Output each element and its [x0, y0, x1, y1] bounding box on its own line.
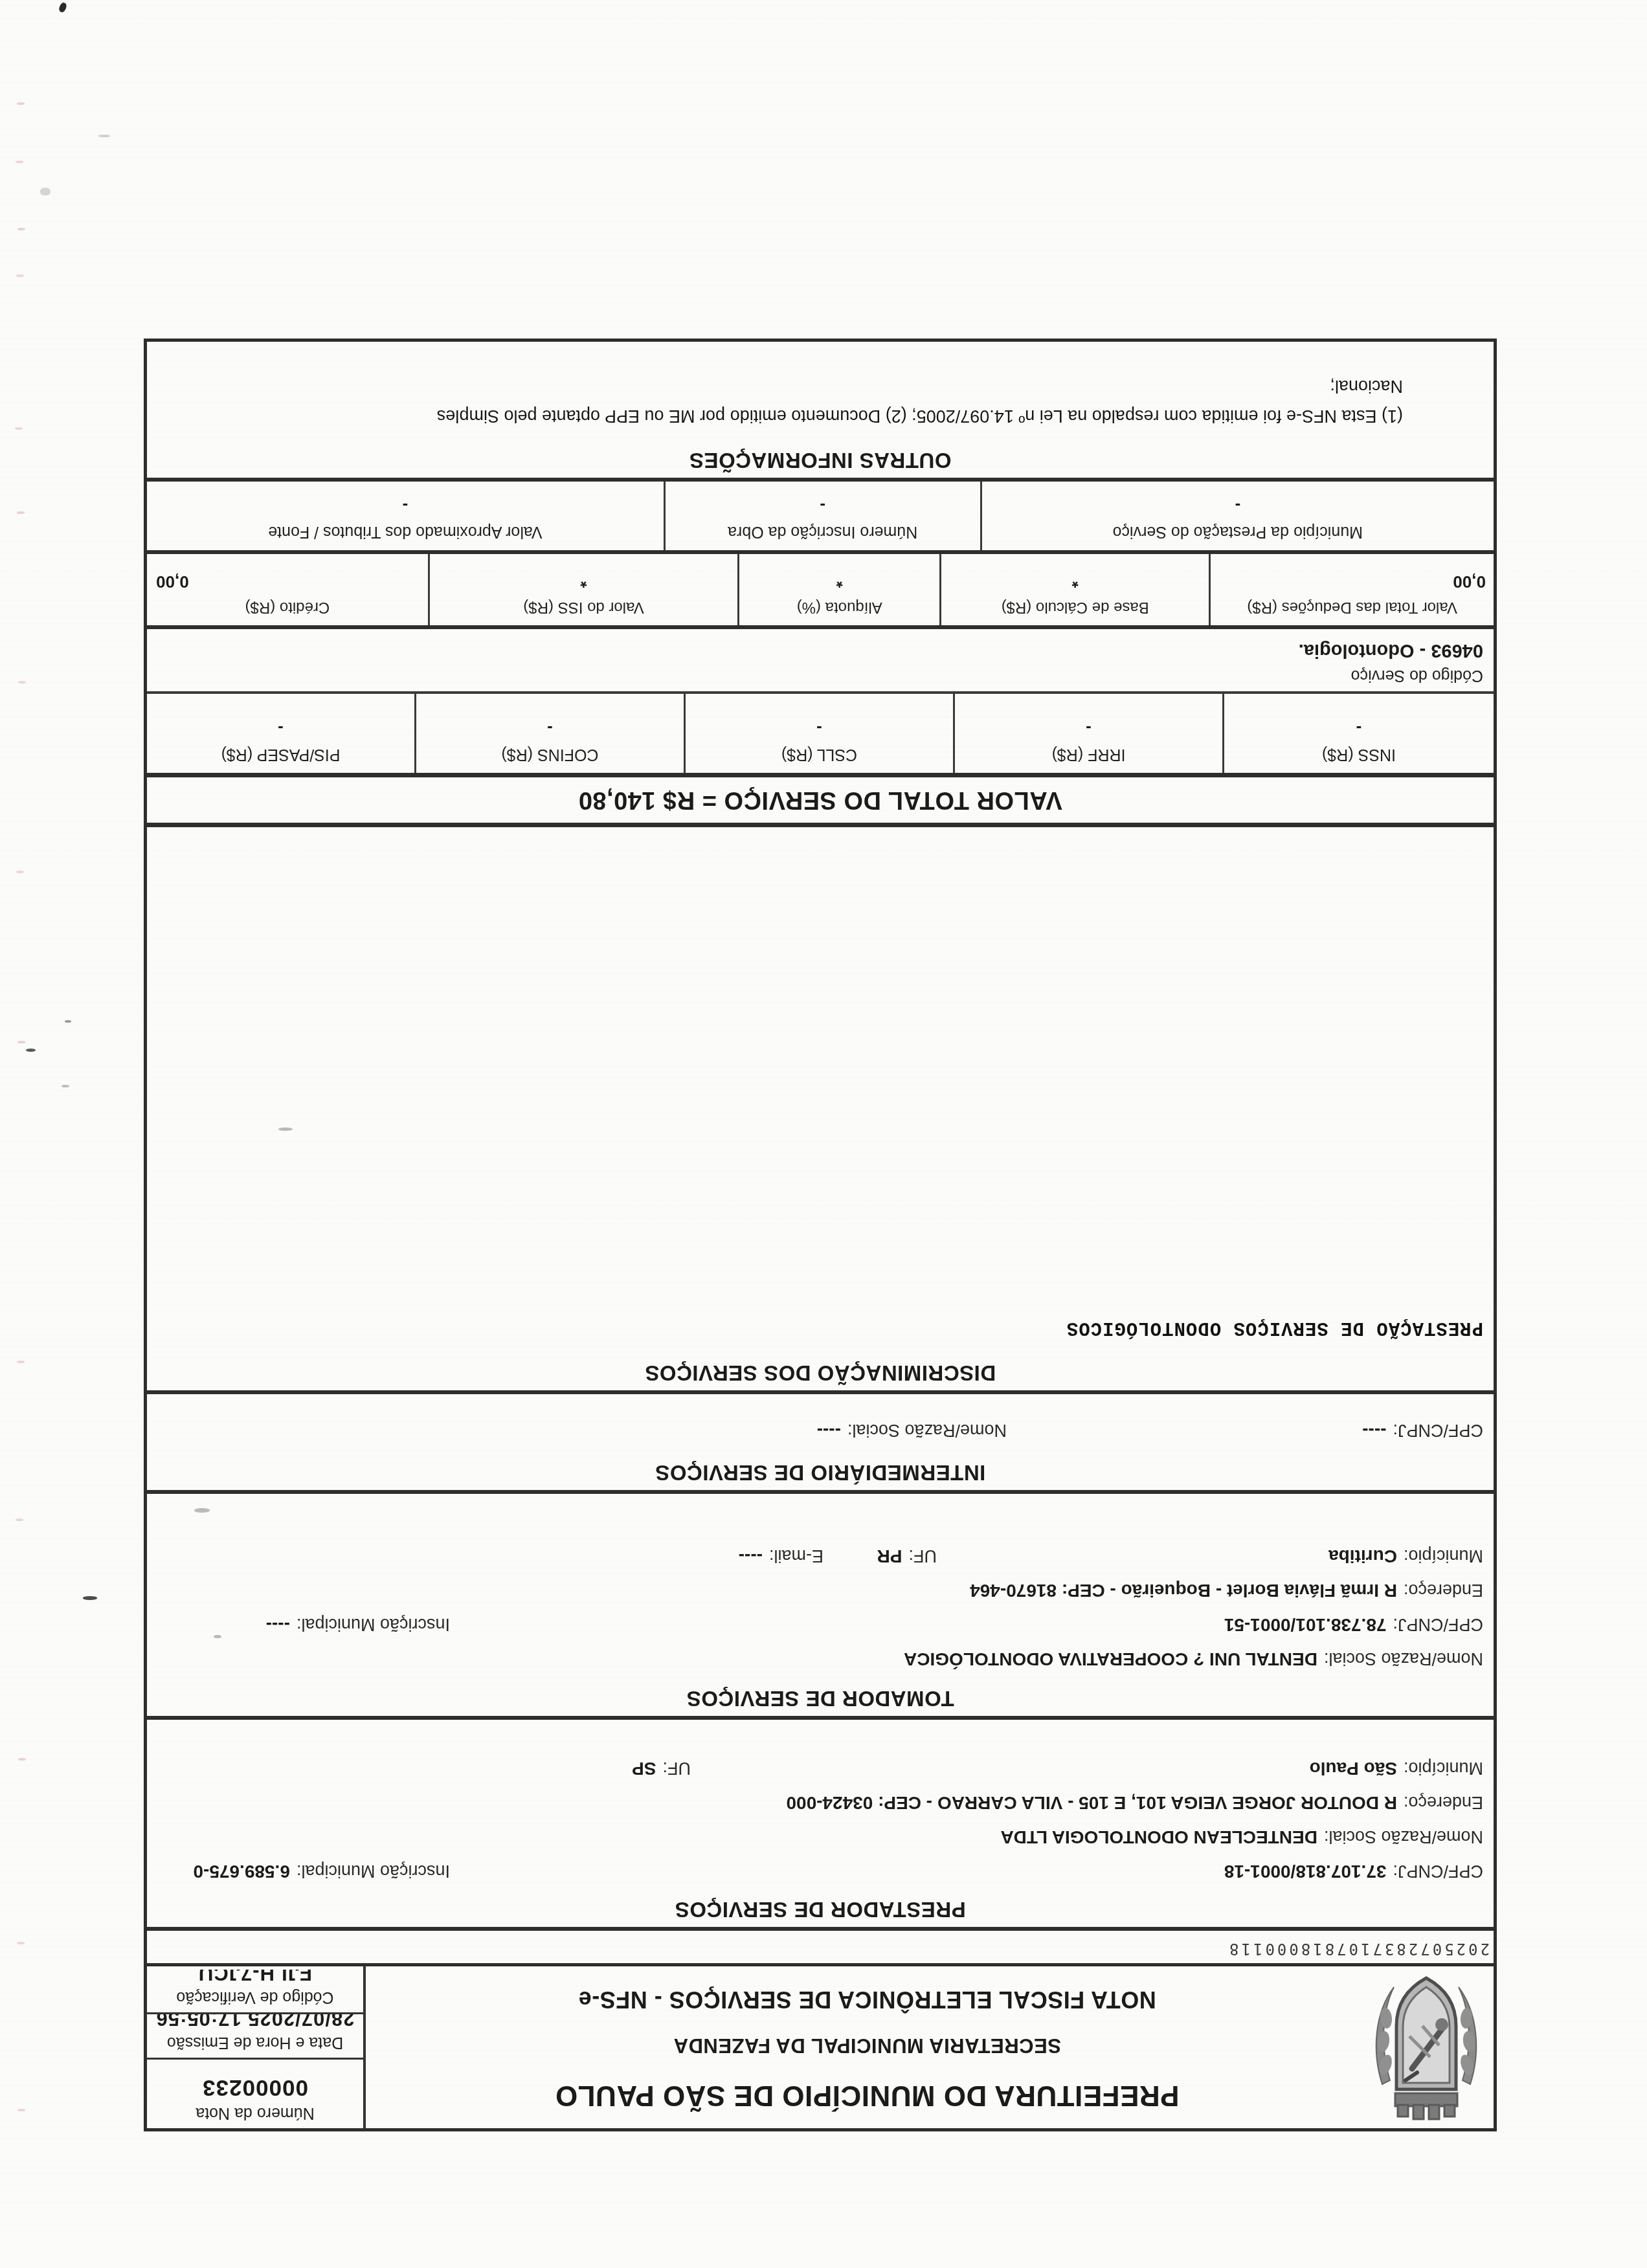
city-hall-title: PREFEITURA DO MUNICÍPIO DE SÃO PAULO [370, 2079, 1364, 2111]
scan-speck [65, 1020, 71, 1023]
header-info-column: Número da Nota 00000233 Data e Hora de E… [147, 1966, 366, 2128]
provider-address-line: Endereço:R DOUTOR JORGE VEIGA 101, E 105… [147, 1779, 1494, 1813]
code-gap-row: 2025072837107818000118 [147, 1931, 1494, 1963]
verification-code-value: FJLH-7JCU [147, 1970, 363, 1984]
service-description-section: DISCRIMINAÇÃO DOS SERVIÇOS PRESTAÇÃO DE … [147, 827, 1494, 1394]
taker-cnpj-value: 78.738.101/0001-51 [1224, 1615, 1387, 1635]
federal-taxes-table: INSS (R$) - IRRF (R$) - CSLL (R$) - COFI… [147, 694, 1494, 773]
intermediary-section-title: INTERMEDIÁRIO DE SERVIÇOS [147, 1460, 1494, 1490]
nfse-invoice: PREFEITURA DO MUNICÍPIO DE SÃO PAULO SEC… [144, 339, 1497, 2131]
scan-speck [16, 274, 24, 277]
scan-speck [17, 511, 25, 514]
provider-name-line: Nome/Razão Social:DENTECLEAN ODONTOLOGIA… [147, 1813, 1494, 1847]
tax-cell-cofins: COFINS (R$) - [416, 694, 686, 773]
tax-cell-csll: CSLL (R$) - [686, 694, 955, 773]
scan-speck [17, 102, 25, 105]
taker-city-label: Município: [1404, 1546, 1483, 1566]
intermediary-cnpj-label: CPF/CNPJ: [1393, 1421, 1483, 1440]
scan-speck [15, 427, 23, 430]
taker-name-label: Nome/Razão Social: [1324, 1649, 1483, 1669]
provider-section-title: PRESTADOR DE SERVIÇOS [147, 1897, 1494, 1927]
taker-address-label: Endereço: [1404, 1581, 1483, 1600]
construction-reg-cell: Número Inscrição da Obra - [666, 482, 982, 550]
verification-code-label: Código de Verificação [147, 1988, 363, 2007]
provider-city-label: Município: [1404, 1759, 1483, 1778]
service-code-value: 04693 - Odontologia. [157, 639, 1483, 661]
taker-section-title: TOMADOR DE SERVIÇOS [147, 1686, 1494, 1716]
emission-datetime-value: 28/07/2025 17:05:56 [147, 2014, 363, 2030]
nota-number-cell: Número da Nota 00000233 [147, 2060, 363, 2128]
verification-code-cell: Código de Verificação FJLH-7JCU [147, 1970, 363, 2014]
taker-address-line: Endereço:R Irmã Flávia Borlet - Boqueirã… [147, 1566, 1494, 1601]
provider-cnpj-line: CPF/CNPJ:37.107.818/0001-18 Inscrição Mu… [147, 1847, 1494, 1882]
rate-cell: Alíquota (%) * [739, 554, 941, 625]
other-info-section: OUTRAS INFORMAÇÕES (1) Esta NFS-e foi em… [147, 340, 1494, 482]
calc-base-cell: Base de Cálculo (R$) * [941, 554, 1211, 625]
nota-number-value: 00000233 [147, 2074, 363, 2100]
scan-speck [17, 1041, 25, 1043]
document-title: NOTA FISCAL ELETRÔNICA DE SERVIÇOS - NFS… [370, 1986, 1364, 2013]
scan-speck [17, 1942, 25, 1944]
taker-email: E-mail:---- [739, 1546, 823, 1566]
provider-cnpj-value: 37.107.818/0001-18 [1224, 1862, 1387, 1882]
emission-datetime-label: Data e Hora de Emissão [147, 2033, 363, 2052]
scan-speck [18, 681, 26, 684]
scan-speck [62, 1085, 69, 1087]
tax-cell-inss: INSS (R$) - [1224, 694, 1494, 773]
scan-speck [26, 1049, 36, 1052]
taker-city-line: Município:Curitiba UF:PR E-mail:---- [147, 1532, 1494, 1566]
scan-speck [17, 1361, 25, 1363]
iss-value-cell: Valor do ISS (R$) * [430, 554, 739, 625]
description-section-title: DISCRIMINAÇÃO DOS SERVIÇOS [147, 1361, 1494, 1390]
taker-city-value: Curitiba [1328, 1546, 1397, 1566]
scan-speck [17, 2109, 25, 2111]
scan-speck [16, 161, 23, 163]
scanned-page: PREFEITURA DO MUNICÍPIO DE SÃO PAULO SEC… [0, 0, 1647, 2268]
total-value-bar: VALOR TOTAL DO SERVIÇO = R$ 140,80 [147, 773, 1494, 827]
deductions-cell: Valor Total das Deduções (R$) 0,00 [1211, 554, 1494, 625]
nota-number-label: Número da Nota [147, 2104, 363, 2122]
provider-city-line: Município:São Paulo UF:SP [147, 1744, 1494, 1779]
taker-name-value: DENTAL UNI ? COOPERATIVA ODONTOLÓGICA [904, 1649, 1317, 1669]
other-info-title: OUTRAS INFORMAÇÕES [147, 448, 1494, 478]
other-info-line1: (1) Esta NFS-e foi emitida com respaldo … [218, 401, 1403, 431]
taker-address-value: R Irmã Flávia Borlet - Boqueirão - CEP: … [970, 1581, 1397, 1601]
taker-state: UF:PR [877, 1546, 937, 1566]
scan-speck [83, 1596, 97, 1600]
taker-municipal-reg: Inscrição Municipal:---- [266, 1614, 450, 1635]
intermediary-name: Nome/Razão Social:---- [817, 1420, 1007, 1441]
intermediary-section: INTERMEDIÁRIO DE SERVIÇOS CPF/CNPJ:---- … [147, 1394, 1494, 1494]
service-taker-section: TOMADOR DE SERVIÇOS Nome/Razão Social:DE… [147, 1494, 1494, 1720]
provider-state: UF:SP [632, 1758, 691, 1779]
provider-address-value: R DOUTOR JORGE VEIGA 101, E 105 - VILA C… [786, 1793, 1396, 1813]
taker-name-line: Nome/Razão Social:DENTAL UNI ? COOPERATI… [147, 1635, 1494, 1669]
service-provider-section: PRESTADOR DE SERVIÇOS CPF/CNPJ:37.107.81… [147, 1720, 1494, 1931]
emission-datetime-cell: Data e Hora de Emissão 28/07/2025 17:05:… [147, 2014, 363, 2060]
scan-speck [16, 1518, 23, 1521]
service-city-cell: Município da Prestação do Serviço - [982, 482, 1494, 550]
other-info-line2: Nacional; [218, 372, 1403, 401]
printed-control-code: 2025072837107818000118 [1227, 1940, 1490, 1958]
scan-speck [278, 1128, 293, 1131]
scan-speck [98, 135, 110, 137]
scan-speck [40, 188, 50, 195]
other-info-text: (1) Esta NFS-e foi emitida com respaldo … [218, 372, 1403, 431]
scan-speck [194, 1508, 210, 1513]
tax-cell-pis-pasep: PIS/PASEP (R$) - [147, 694, 416, 773]
invoice-header: PREFEITURA DO MUNICÍPIO DE SÃO PAULO SEC… [147, 1963, 1494, 2128]
iss-calculation-table: Valor Total das Deduções (R$) 0,00 Base … [147, 554, 1494, 629]
scan-speck [17, 228, 25, 230]
rotated-scan-content: PREFEITURA DO MUNICÍPIO DE SÃO PAULO SEC… [0, 0, 1647, 2268]
intermediary-cnpj-line: CPF/CNPJ:---- Nome/Razão Social:---- [147, 1406, 1494, 1441]
approx-taxes-cell: Valor Aproximado dos Tributos / Fonte - [147, 482, 666, 550]
taker-cnpj-line: CPF/CNPJ:78.738.101/0001-51 Inscrição Mu… [147, 1601, 1494, 1635]
description-content: PRESTAÇÃO DE SERVIÇOS ODONTOLÓGICOS [147, 1317, 1483, 1339]
provider-address-label: Endereço: [1404, 1793, 1483, 1812]
service-location-table: Município da Prestação do Serviço - Núme… [147, 482, 1494, 554]
provider-municipal-reg: Inscrição Municipal:6.589.675-0 [193, 1861, 450, 1882]
secretariat-subtitle: SECRETARIA MUNICIPAL DA FAZENDA [370, 2034, 1364, 2057]
provider-city-value: São Paulo [1310, 1759, 1397, 1779]
provider-cnpj-label: CPF/CNPJ: [1393, 1862, 1483, 1881]
provider-name-value: DENTECLEAN ODONTOLOGIA LTDA [1000, 1827, 1317, 1847]
coat-of-arms-icon [1368, 1970, 1485, 2123]
taker-cnpj-label: CPF/CNPJ: [1393, 1615, 1483, 1634]
tax-cell-irrf: IRRF (R$) - [955, 694, 1224, 773]
intermediary-cnpj-value: ---- [1362, 1421, 1386, 1441]
scan-speck [18, 1758, 26, 1761]
scan-speck [214, 1635, 221, 1638]
service-code-label: Código do Serviço [157, 666, 1483, 685]
scan-speck [16, 871, 24, 873]
provider-name-label: Nome/Razão Social: [1324, 1827, 1483, 1847]
header-titles: PREFEITURA DO MUNICÍPIO DE SÃO PAULO SEC… [370, 1966, 1364, 2128]
credit-cell: Crédito (R$) 0,00 [147, 554, 430, 625]
service-code-section: Código do Serviço 04693 - Odontologia. [147, 629, 1494, 694]
